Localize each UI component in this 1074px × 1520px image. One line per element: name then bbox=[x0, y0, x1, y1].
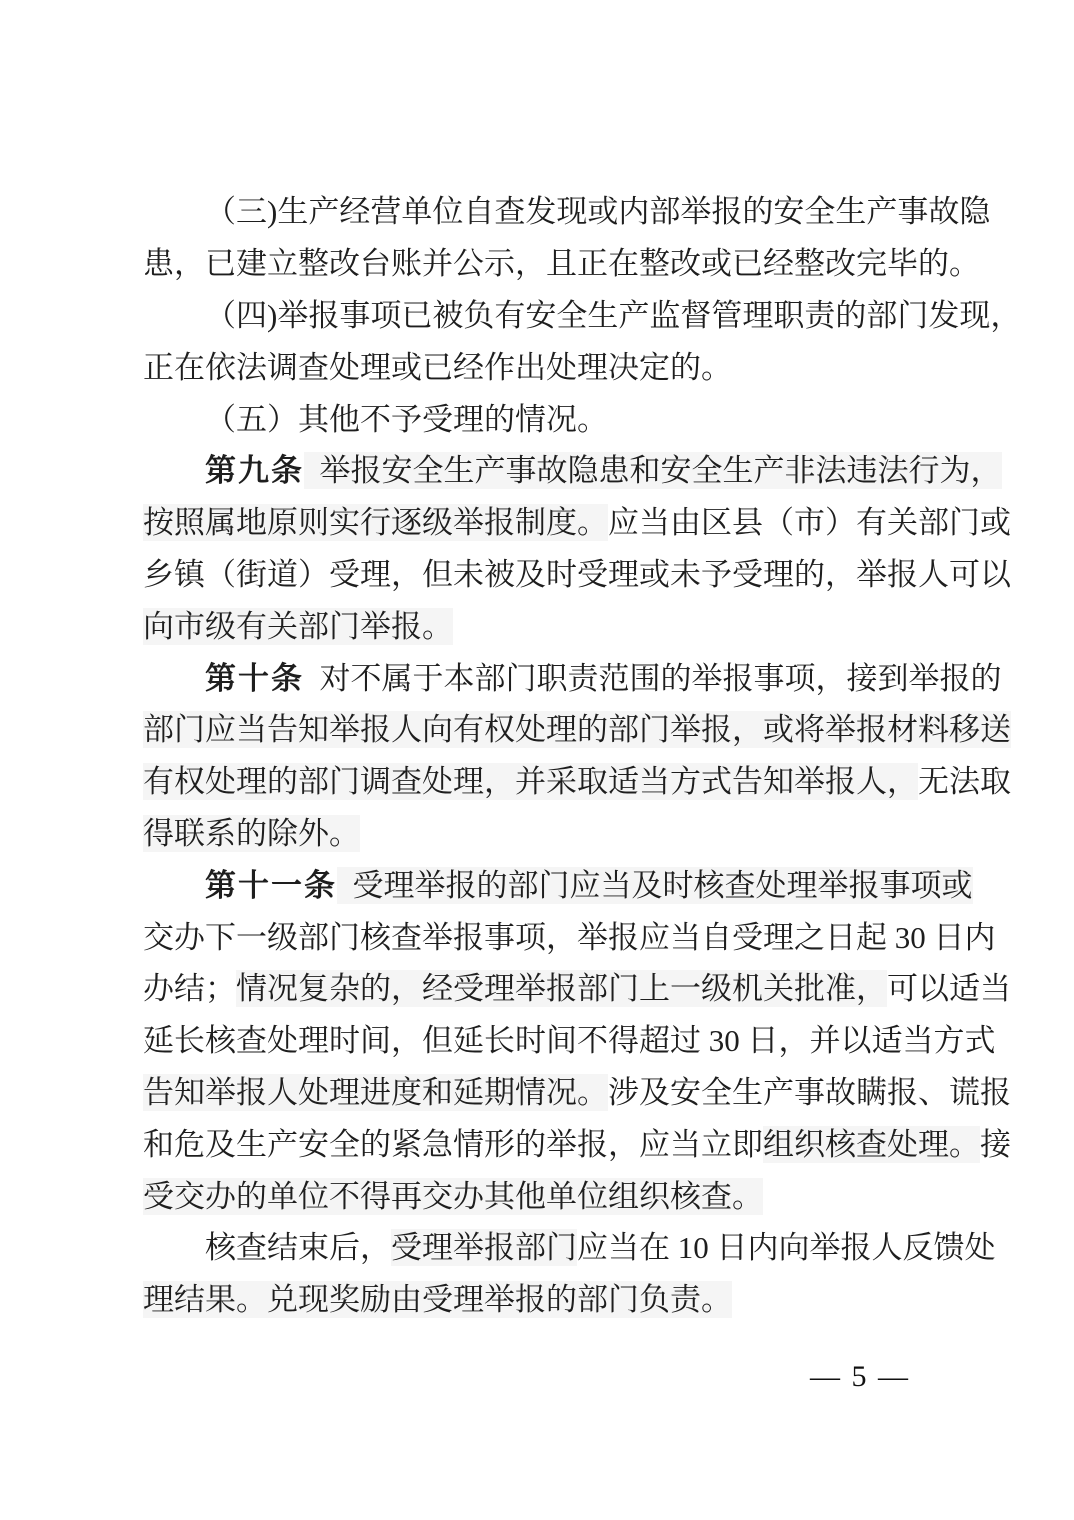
text-segment: 得联系的除外。 bbox=[143, 815, 360, 852]
text-line: 和危及生产安全的紧急情形的举报，应当立即组织核查处理。接 bbox=[143, 1118, 943, 1170]
text-segment: 应当由区县（市）有关部门或 bbox=[608, 504, 1011, 541]
text-segment: 情况复杂的，经受理举报部门上一级机关批准， bbox=[236, 970, 887, 1007]
text-line: 正在依法调查处理或已经作出处理决定的。 bbox=[143, 341, 943, 393]
text-line: 受交办的单位不得再交办其他单位组织核查。 bbox=[143, 1170, 943, 1222]
page-number: — 5 — bbox=[810, 1360, 910, 1394]
text-segment: 向市级有关部门举报。 bbox=[143, 608, 453, 645]
text-segment: 举报安全生产事故隐患和安全生产非法违法行为， bbox=[304, 452, 1002, 489]
text-line: 第十一条 受理举报的部门应当及时核查处理举报事项或 bbox=[143, 859, 943, 911]
text-line: 第十条 对不属于本部门职责范围的举报事项，接到举报的 bbox=[143, 652, 943, 704]
document-page: （三)生产经营单位自查发现或内部举报的安全生产事故隐患，已建立整改台账并公示，且… bbox=[0, 0, 1074, 1520]
text-line: 核查结束后，受理举报部门应当在 10 日内向举报人反馈处 bbox=[143, 1222, 943, 1274]
text-segment: 部门应当告知举报人向有权处理的部门举报，或将举报材料移送 bbox=[143, 711, 1011, 748]
text-line: 向市级有关部门举报。 bbox=[143, 600, 943, 652]
text-line: 交办下一级部门核查举报事项，举报应当自受理之日起 30 日内 bbox=[143, 911, 943, 963]
text-segment: 按照属地原则实行逐级举报制度。 bbox=[143, 504, 608, 541]
text-segment: 办结； bbox=[143, 970, 236, 1007]
article-number: 第十条 bbox=[205, 660, 304, 697]
text-segment: （五）其他不予受理的情况。 bbox=[205, 401, 608, 438]
text-segment: 涉及安全生产事故瞒报、谎报 bbox=[608, 1074, 1011, 1111]
text-segment: 对不属于本部门职责范围的举报事项，接到举报的 bbox=[304, 660, 1002, 697]
text-line: 第九条 举报安全生产事故隐患和安全生产非法违法行为， bbox=[143, 445, 943, 497]
text-line: 理结果。兑现奖励由受理举报的部门负责。 bbox=[143, 1274, 943, 1326]
text-line: 部门应当告知举报人向有权处理的部门举报，或将举报材料移送 bbox=[143, 704, 943, 756]
text-segment: 受理举报的部门应当及时核查处理举报事项或 bbox=[337, 867, 973, 904]
text-segment: 乡镇（街道）受理，但未被及时受理或未予受理的，举报人可以 bbox=[143, 556, 1011, 593]
text-line: 告知举报人处理进度和延期情况。涉及安全生产事故瞒报、谎报 bbox=[143, 1067, 943, 1119]
text-line: 延长核查处理时间，但延长时间不得超过 30 日，并以适当方式 bbox=[143, 1015, 943, 1067]
text-line: 按照属地原则实行逐级举报制度。应当由区县（市）有关部门或 bbox=[143, 497, 943, 549]
text-segment: 告知举报人处理进度和延期情况。 bbox=[143, 1074, 608, 1111]
text-segment: （三)生产经营单位自查发现或内部举报的安全生产事故隐 bbox=[205, 193, 990, 230]
text-segment: 患，已建立整改台账并公示，且正在整改或已经整改完毕的。 bbox=[143, 245, 980, 282]
text-segment: 有权处理的部门调查处理，并采取适当方式告知举报人， bbox=[143, 763, 918, 800]
text-segment: 受理举报部门 bbox=[391, 1229, 577, 1266]
text-segment: 和危及生产安全的紧急情形的举报，应当立即 bbox=[143, 1126, 763, 1163]
text-line: （五）其他不予受理的情况。 bbox=[143, 393, 943, 445]
text-line: （四)举报事项已被负有安全生产监督管理职责的部门发现， bbox=[143, 290, 943, 342]
article-number: 第十一条 bbox=[205, 867, 337, 904]
document-lines: （三)生产经营单位自查发现或内部举报的安全生产事故隐患，已建立整改台账并公示，且… bbox=[143, 186, 943, 1326]
text-line: 得联系的除外。 bbox=[143, 808, 943, 860]
text-segment: （四)举报事项已被负有安全生产监督管理职责的部门发现， bbox=[205, 297, 1021, 334]
text-segment: 交办下一级部门核查举报事项，举报应当自受理之日起 30 日内 bbox=[143, 919, 996, 956]
text-segment: 接 bbox=[980, 1126, 1011, 1163]
text-line: 乡镇（街道）受理，但未被及时受理或未予受理的，举报人可以 bbox=[143, 549, 943, 601]
text-segment: 核查结束后， bbox=[205, 1229, 391, 1266]
text-segment: 正在依法调查处理或已经作出处理决定的。 bbox=[143, 349, 732, 386]
text-segment: 组织核查处理。 bbox=[763, 1126, 980, 1163]
text-line: （三)生产经营单位自查发现或内部举报的安全生产事故隐 bbox=[143, 186, 943, 238]
text-segment: 延长核查处理时间，但延长时间不得超过 30 日，并以适当方式 bbox=[143, 1022, 996, 1059]
text-segment: 受交办的单位不得再交办其他单位组织核查。 bbox=[143, 1178, 763, 1215]
text-segment: 理结果。兑现奖励由受理举报的部门负责。 bbox=[143, 1281, 732, 1318]
text-segment: 可以适当 bbox=[887, 970, 1011, 1007]
text-line: 患，已建立整改台账并公示，且正在整改或已经整改完毕的。 bbox=[143, 238, 943, 290]
text-line: 有权处理的部门调查处理，并采取适当方式告知举报人，无法取 bbox=[143, 756, 943, 808]
text-segment: 无法取 bbox=[918, 763, 1011, 800]
article-number: 第九条 bbox=[205, 452, 304, 489]
text-segment: 应当在 10 日内向举报人反馈处 bbox=[577, 1229, 996, 1266]
text-line: 办结；情况复杂的，经受理举报部门上一级机关批准，可以适当 bbox=[143, 963, 943, 1015]
